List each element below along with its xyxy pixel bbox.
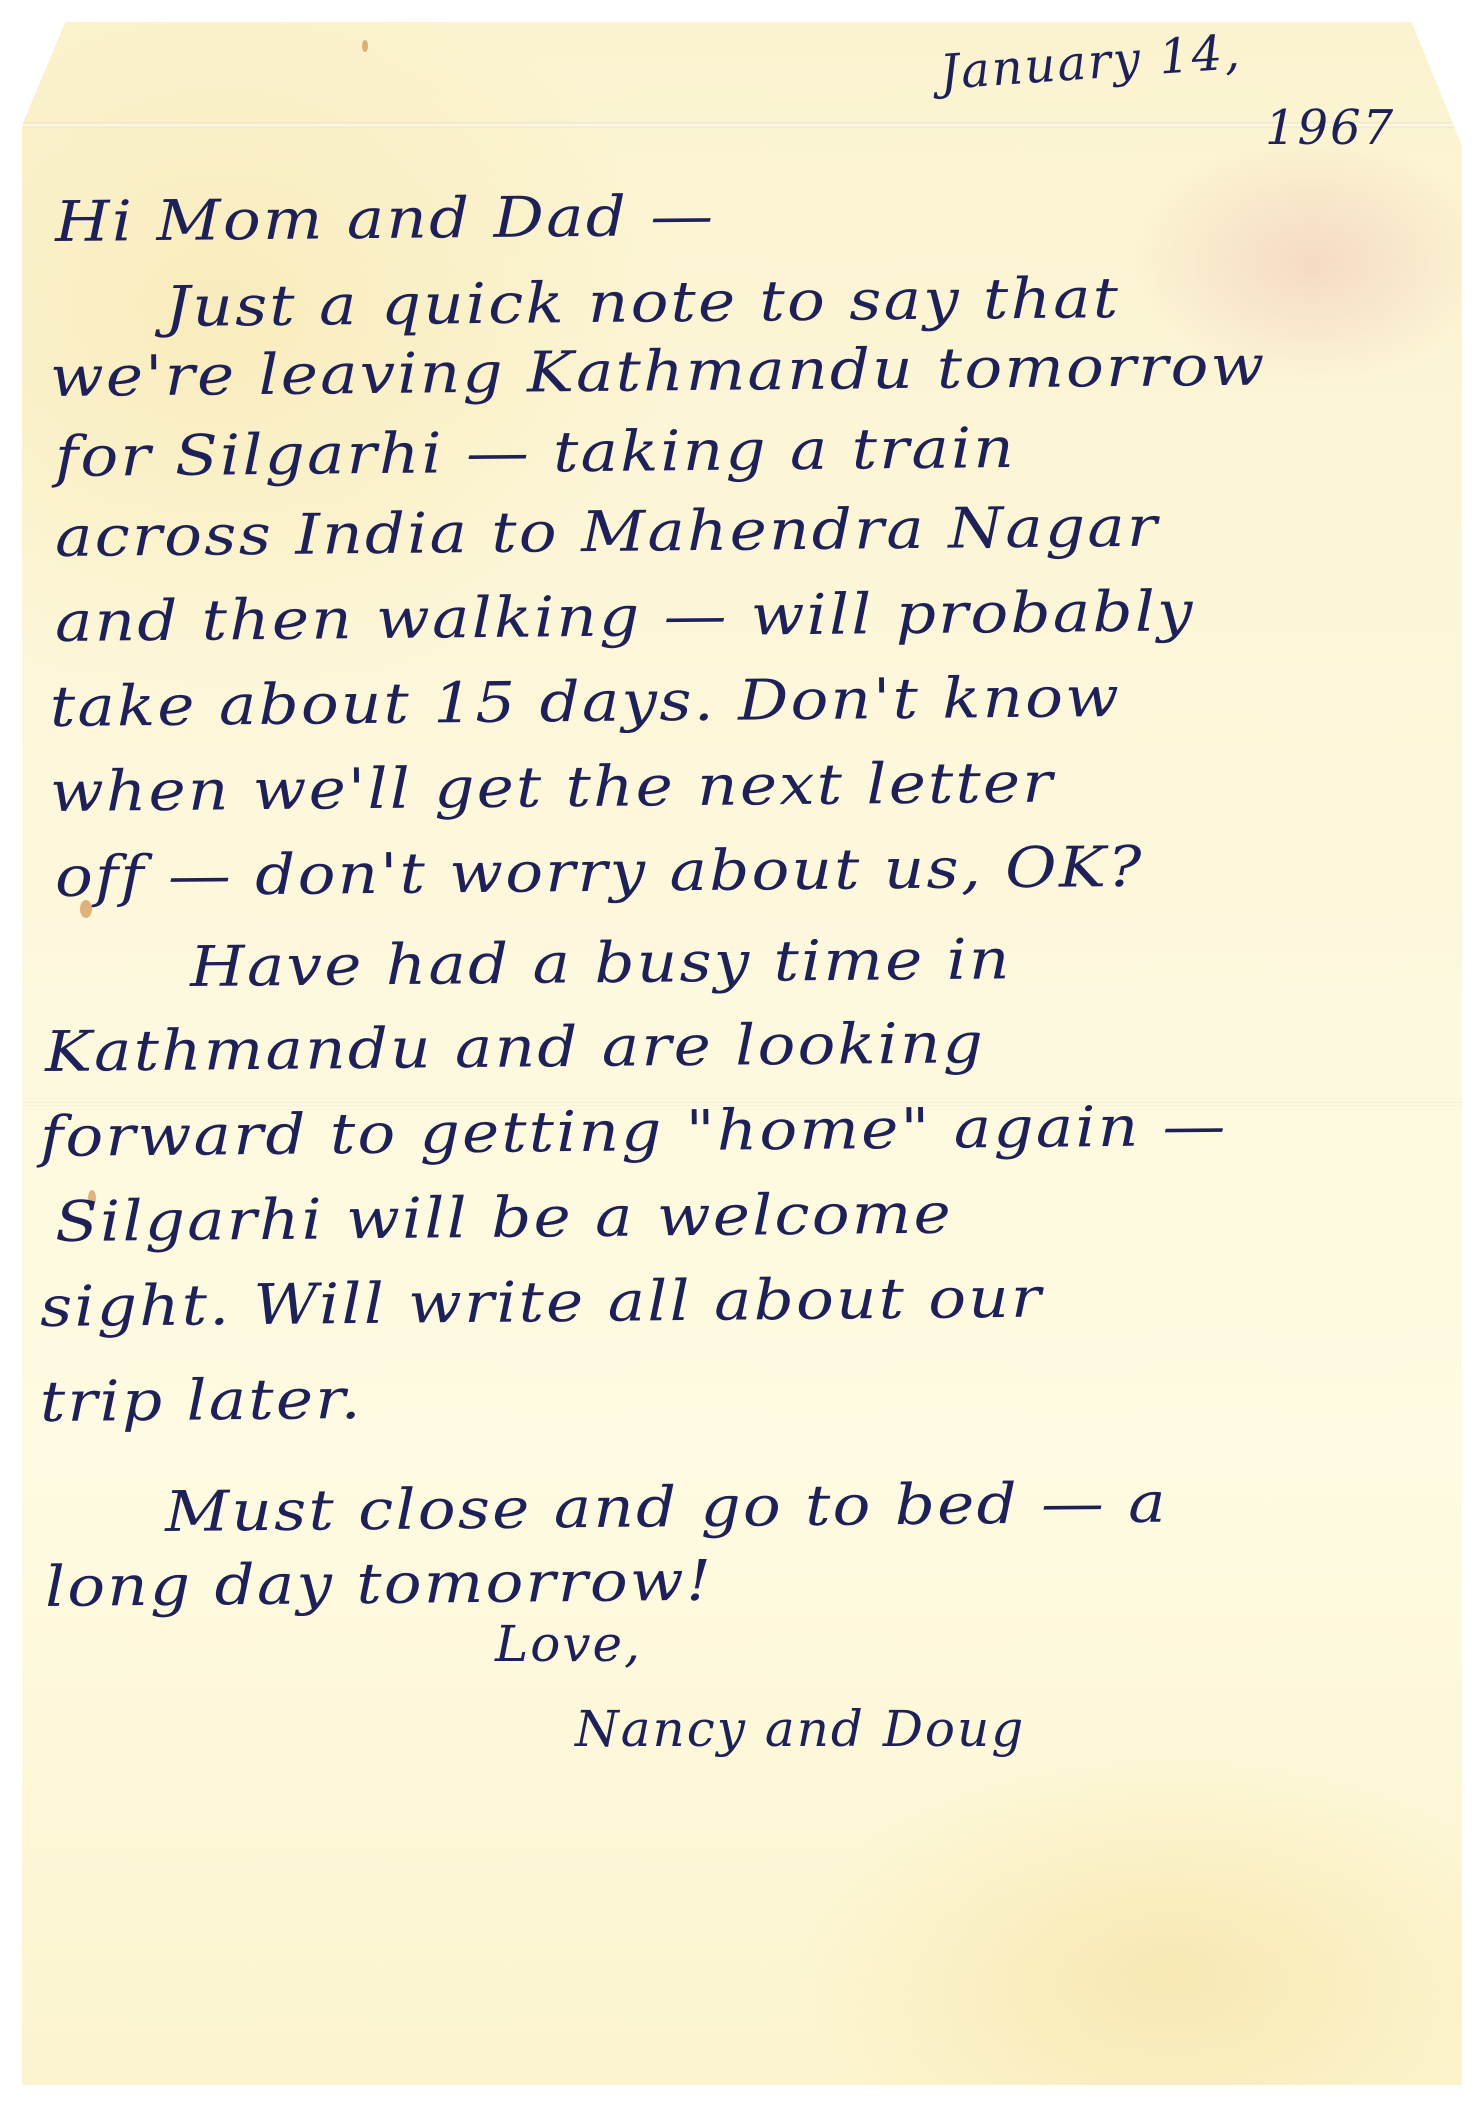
salutation: Hi Mom and Dad — <box>55 184 716 255</box>
body-line: Kathmandu and are looking <box>45 1011 986 1085</box>
body-line: trip later. <box>40 1367 364 1435</box>
body-line: and then walking — will probably <box>55 579 1196 655</box>
body-line: take about 15 days. Don't know <box>50 665 1122 740</box>
body-line: off — don't worry about us, OK? <box>55 835 1145 910</box>
body-line: Must close and go to bed — a <box>165 1471 1169 1545</box>
body-line: for Silgarhi — taking a train <box>55 416 1017 490</box>
body-line: Have had a busy time in <box>190 927 1012 1000</box>
body-line: we're leaving Kathmandu tomorrow <box>50 334 1267 410</box>
body-line: Just a quick note to say that <box>165 266 1121 340</box>
body-line: across India to Mahendra Nagar <box>55 495 1160 570</box>
body-line: sight. Will write all about our <box>40 1266 1044 1340</box>
body-line: when we'll get the next letter <box>50 751 1055 825</box>
paper-fold-line <box>22 122 1462 128</box>
rust-stain <box>362 40 368 52</box>
body-line: Silgarhi will be a welcome <box>55 1182 954 1255</box>
date-year: 1967 <box>1265 100 1395 156</box>
body-line: long day tomorrow! <box>45 1549 714 1620</box>
closing: Love, <box>495 1615 642 1673</box>
body-line: forward to getting "home" again — <box>40 1094 1228 1170</box>
signature: Nancy and Doug <box>575 1700 1025 1758</box>
